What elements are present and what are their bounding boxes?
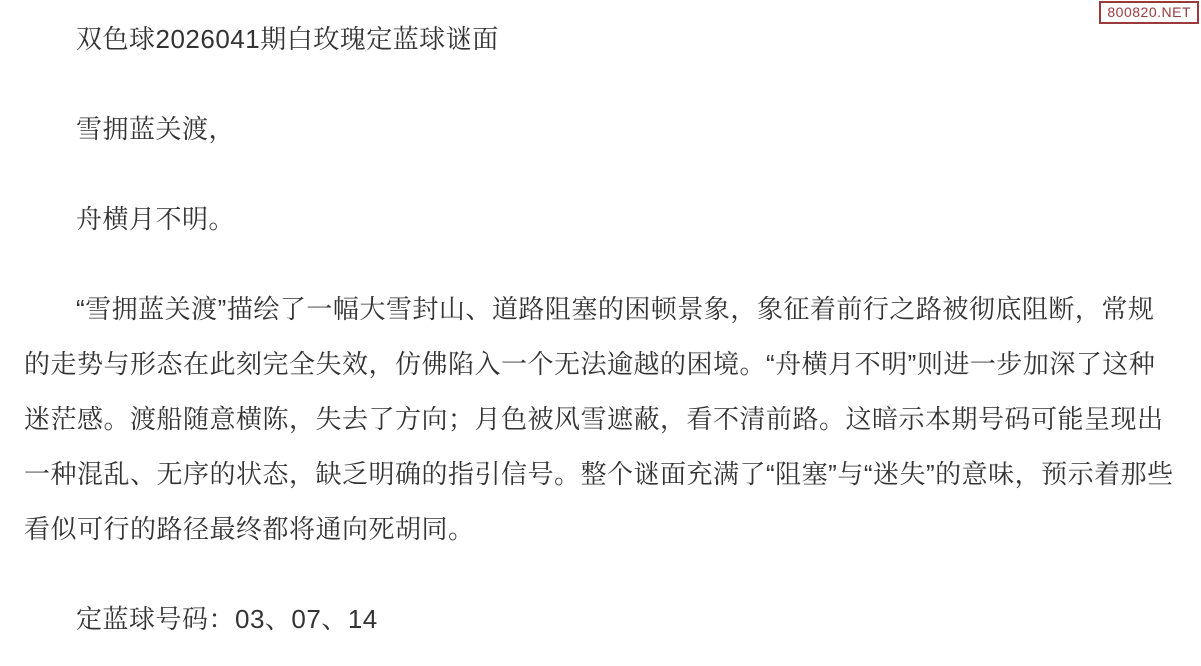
riddle-line-1: 雪拥蓝关渡，: [24, 102, 1177, 157]
article-body: 双色球2026041期白玫瑰定蓝球谜面 雪拥蓝关渡， 舟横月不明。 “雪拥蓝关渡…: [0, 0, 1201, 647]
article-title: 双色球2026041期白玫瑰定蓝球谜面: [24, 12, 1177, 67]
riddle-analysis-paragraph: “雪拥蓝关渡”描绘了一幅大雪封山、道路阻塞的困顿景象，象征着前行之路被彻底阻断，…: [24, 282, 1177, 557]
riddle-line-2: 舟横月不明。: [24, 192, 1177, 247]
site-watermark-badge: 800820.NET: [1099, 1, 1199, 24]
article-page: { "page": { "background_color": "#ffffff…: [0, 0, 1201, 666]
blue-ball-numbers-line: 定蓝球号码：03、07、14: [24, 592, 1177, 647]
